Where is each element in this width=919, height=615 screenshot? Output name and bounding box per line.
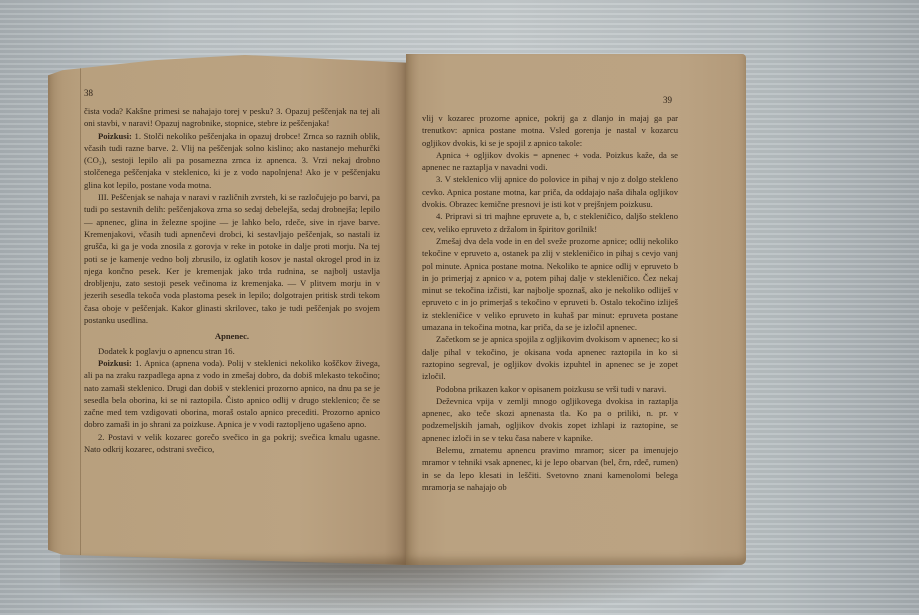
- page-number-right: 39: [663, 94, 672, 106]
- right-page-text: vlij v kozarec prozorne apnice, pokrij g…: [422, 112, 678, 493]
- paragraph: Belemu, zrnatemu apnencu pravimo mramor;…: [422, 444, 678, 493]
- paragraph-text: vlij v kozarec prozorne apnice, pokrij g…: [422, 113, 678, 148]
- paragraph-text: Apnica + ogljikov dvokis = apnenec + vod…: [422, 150, 678, 172]
- paragraph-text: 4. Pripravi si tri majhne epruvete a, b,…: [422, 211, 678, 233]
- paragraph-text: Dodatek k poglavju o apnencu stran 16.: [98, 346, 235, 356]
- paragraph-text: 2. Postavi v velik kozarec gorečo svečic…: [84, 432, 380, 454]
- left-page-text: čista voda? Kakšne primesi se nahajajo t…: [84, 105, 380, 455]
- paragraph: čista voda? Kakšne primesi se nahajajo t…: [84, 105, 380, 130]
- paragraph: vlij v kozarec prozorne apnice, pokrij g…: [422, 112, 678, 149]
- paragraph-text: 3. V steklenico vlij apnice do polovice …: [422, 174, 678, 209]
- paragraph: Poizkusi: 1. Stolči nekoliko peščenjaka …: [84, 130, 380, 191]
- paragraph: 4. Pripravi si tri majhne epruvete a, b,…: [422, 210, 678, 235]
- left-page: 38 čista voda? Kakšne primesi se nahajaj…: [48, 55, 406, 565]
- bold-label: Poizkusi:: [98, 358, 132, 368]
- paragraph-text: Apnenec.: [215, 331, 249, 341]
- bold-label: Poizkusi:: [98, 131, 132, 141]
- paragraph-text: III. Peščenjak se nahaja v naravi v razl…: [84, 192, 380, 325]
- paragraph-text: Zmešaj dva dela vode in en del sveže pro…: [422, 236, 678, 332]
- paragraph: Podobna prikazen kakor v opisanem poizku…: [422, 383, 678, 395]
- paragraph: Začetkom se je apnica spojila z ogljikov…: [422, 333, 678, 382]
- paragraph-text: 1. Apnica (apnena voda). Polij v steklen…: [84, 358, 380, 429]
- paragraph: Dodatek k poglavju o apnencu stran 16.: [84, 345, 380, 357]
- paragraph: 2. Postavi v velik kozarec gorečo svečic…: [84, 431, 380, 456]
- section-heading: Apnenec.: [84, 330, 380, 342]
- paragraph: III. Peščenjak se nahaja v naravi v razl…: [84, 191, 380, 326]
- paragraph: Apnica + ogljikov dvokis = apnenec + vod…: [422, 149, 678, 174]
- paragraph-text: čista voda? Kakšne primesi se nahajajo t…: [84, 106, 380, 128]
- paragraph: Deževnica vpija v zemlji mnogo ogljikove…: [422, 395, 678, 444]
- paragraph: 3. V steklenico vlij apnice do polovice …: [422, 173, 678, 210]
- paragraph: Zmešaj dva dela vode in en del sveže pro…: [422, 235, 678, 333]
- paragraph-text: Začetkom se je apnica spojila z ogljikov…: [422, 334, 678, 381]
- paragraph: Poizkusi: 1. Apnica (apnena voda). Polij…: [84, 357, 380, 431]
- paragraph-text: Belemu, zrnatemu apnencu pravimo mramor;…: [422, 445, 678, 492]
- paragraph-text: Podobna prikazen kakor v opisanem poizku…: [436, 384, 666, 394]
- right-page: 39 vlij v kozarec prozorne apnice, pokri…: [406, 54, 746, 565]
- page-number-left: 38: [84, 87, 93, 99]
- paragraph-text: Deževnica vpija v zemlji mnogo ogljikove…: [422, 396, 678, 443]
